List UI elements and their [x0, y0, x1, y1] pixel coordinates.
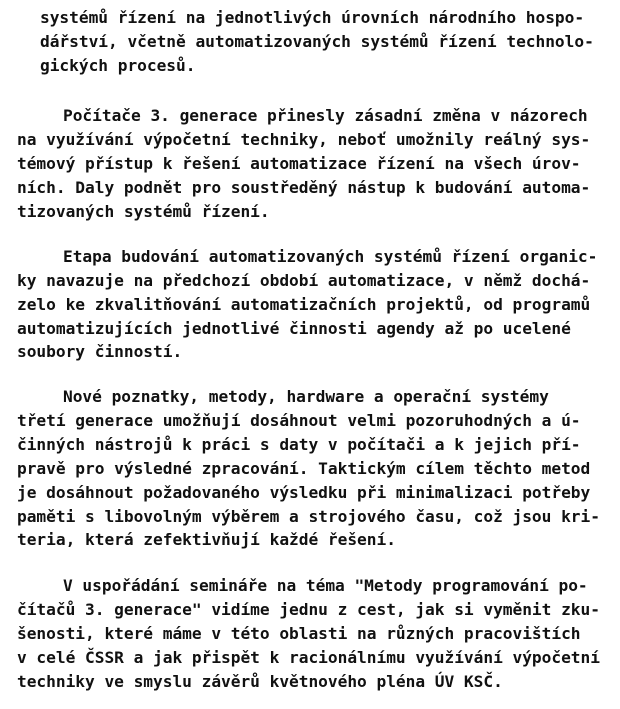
text-line: soubory činností.: [17, 342, 182, 362]
text-line: šenosti, které máme v této oblasti na rů…: [17, 624, 581, 644]
text-line: čítačů 3. generace" vidíme jednu z cest,…: [17, 600, 600, 620]
text-line: Počítače 3. generace přinesly zásadní zm…: [63, 106, 588, 126]
text-line: automatizujících jednotlivé činnosti age…: [17, 319, 571, 339]
text-line: Etapa budování automatizovaných systémů …: [63, 247, 597, 267]
text-line: systémů řízení na jednotlivých úrovních …: [40, 8, 584, 28]
text-line: ních. Daly podnět pro soustředěný nástup…: [17, 178, 590, 198]
text-line: dářství, včetně automatizovaných systémů…: [40, 32, 594, 52]
text-line: teria, která zefektivňují každé řešení.: [17, 530, 396, 550]
text-line: paměti s libovolným výběrem a strojového…: [17, 507, 600, 527]
text-line: je dosáhnout požadovaného výsledku při m…: [17, 483, 590, 503]
text-line: v celé ČSSR a jak přispět k racionálnímu…: [17, 648, 600, 668]
text-line: témový přístup k řešení automatizace říz…: [17, 154, 581, 174]
text-line: tizovaných systémů řízení.: [17, 202, 270, 222]
text-line: ky navazuje na předchozí období automati…: [17, 271, 590, 291]
text-line: pravě pro výsledné zpracování. Taktickým…: [17, 459, 590, 479]
text-line: techniky ve smyslu závěrů květnového plé…: [17, 672, 503, 692]
text-line: činných nástrojů k práci s daty v počíta…: [17, 435, 581, 455]
typewritten-page: systémů řízení na jednotlivých úrovních …: [0, 0, 620, 709]
text-line: V uspořádání semináře na téma "Metody pr…: [63, 576, 588, 596]
text-line: Nové poznatky, metody, hardware a operač…: [63, 387, 549, 407]
text-line: gických procesů.: [40, 56, 195, 76]
text-line: třetí generace umožňují dosáhnout velmi …: [17, 411, 581, 431]
text-line: na využívání výpočetní techniky, neboť u…: [17, 130, 590, 150]
text-line: zelo ke zkvalitňování automatizačních pr…: [17, 295, 590, 315]
